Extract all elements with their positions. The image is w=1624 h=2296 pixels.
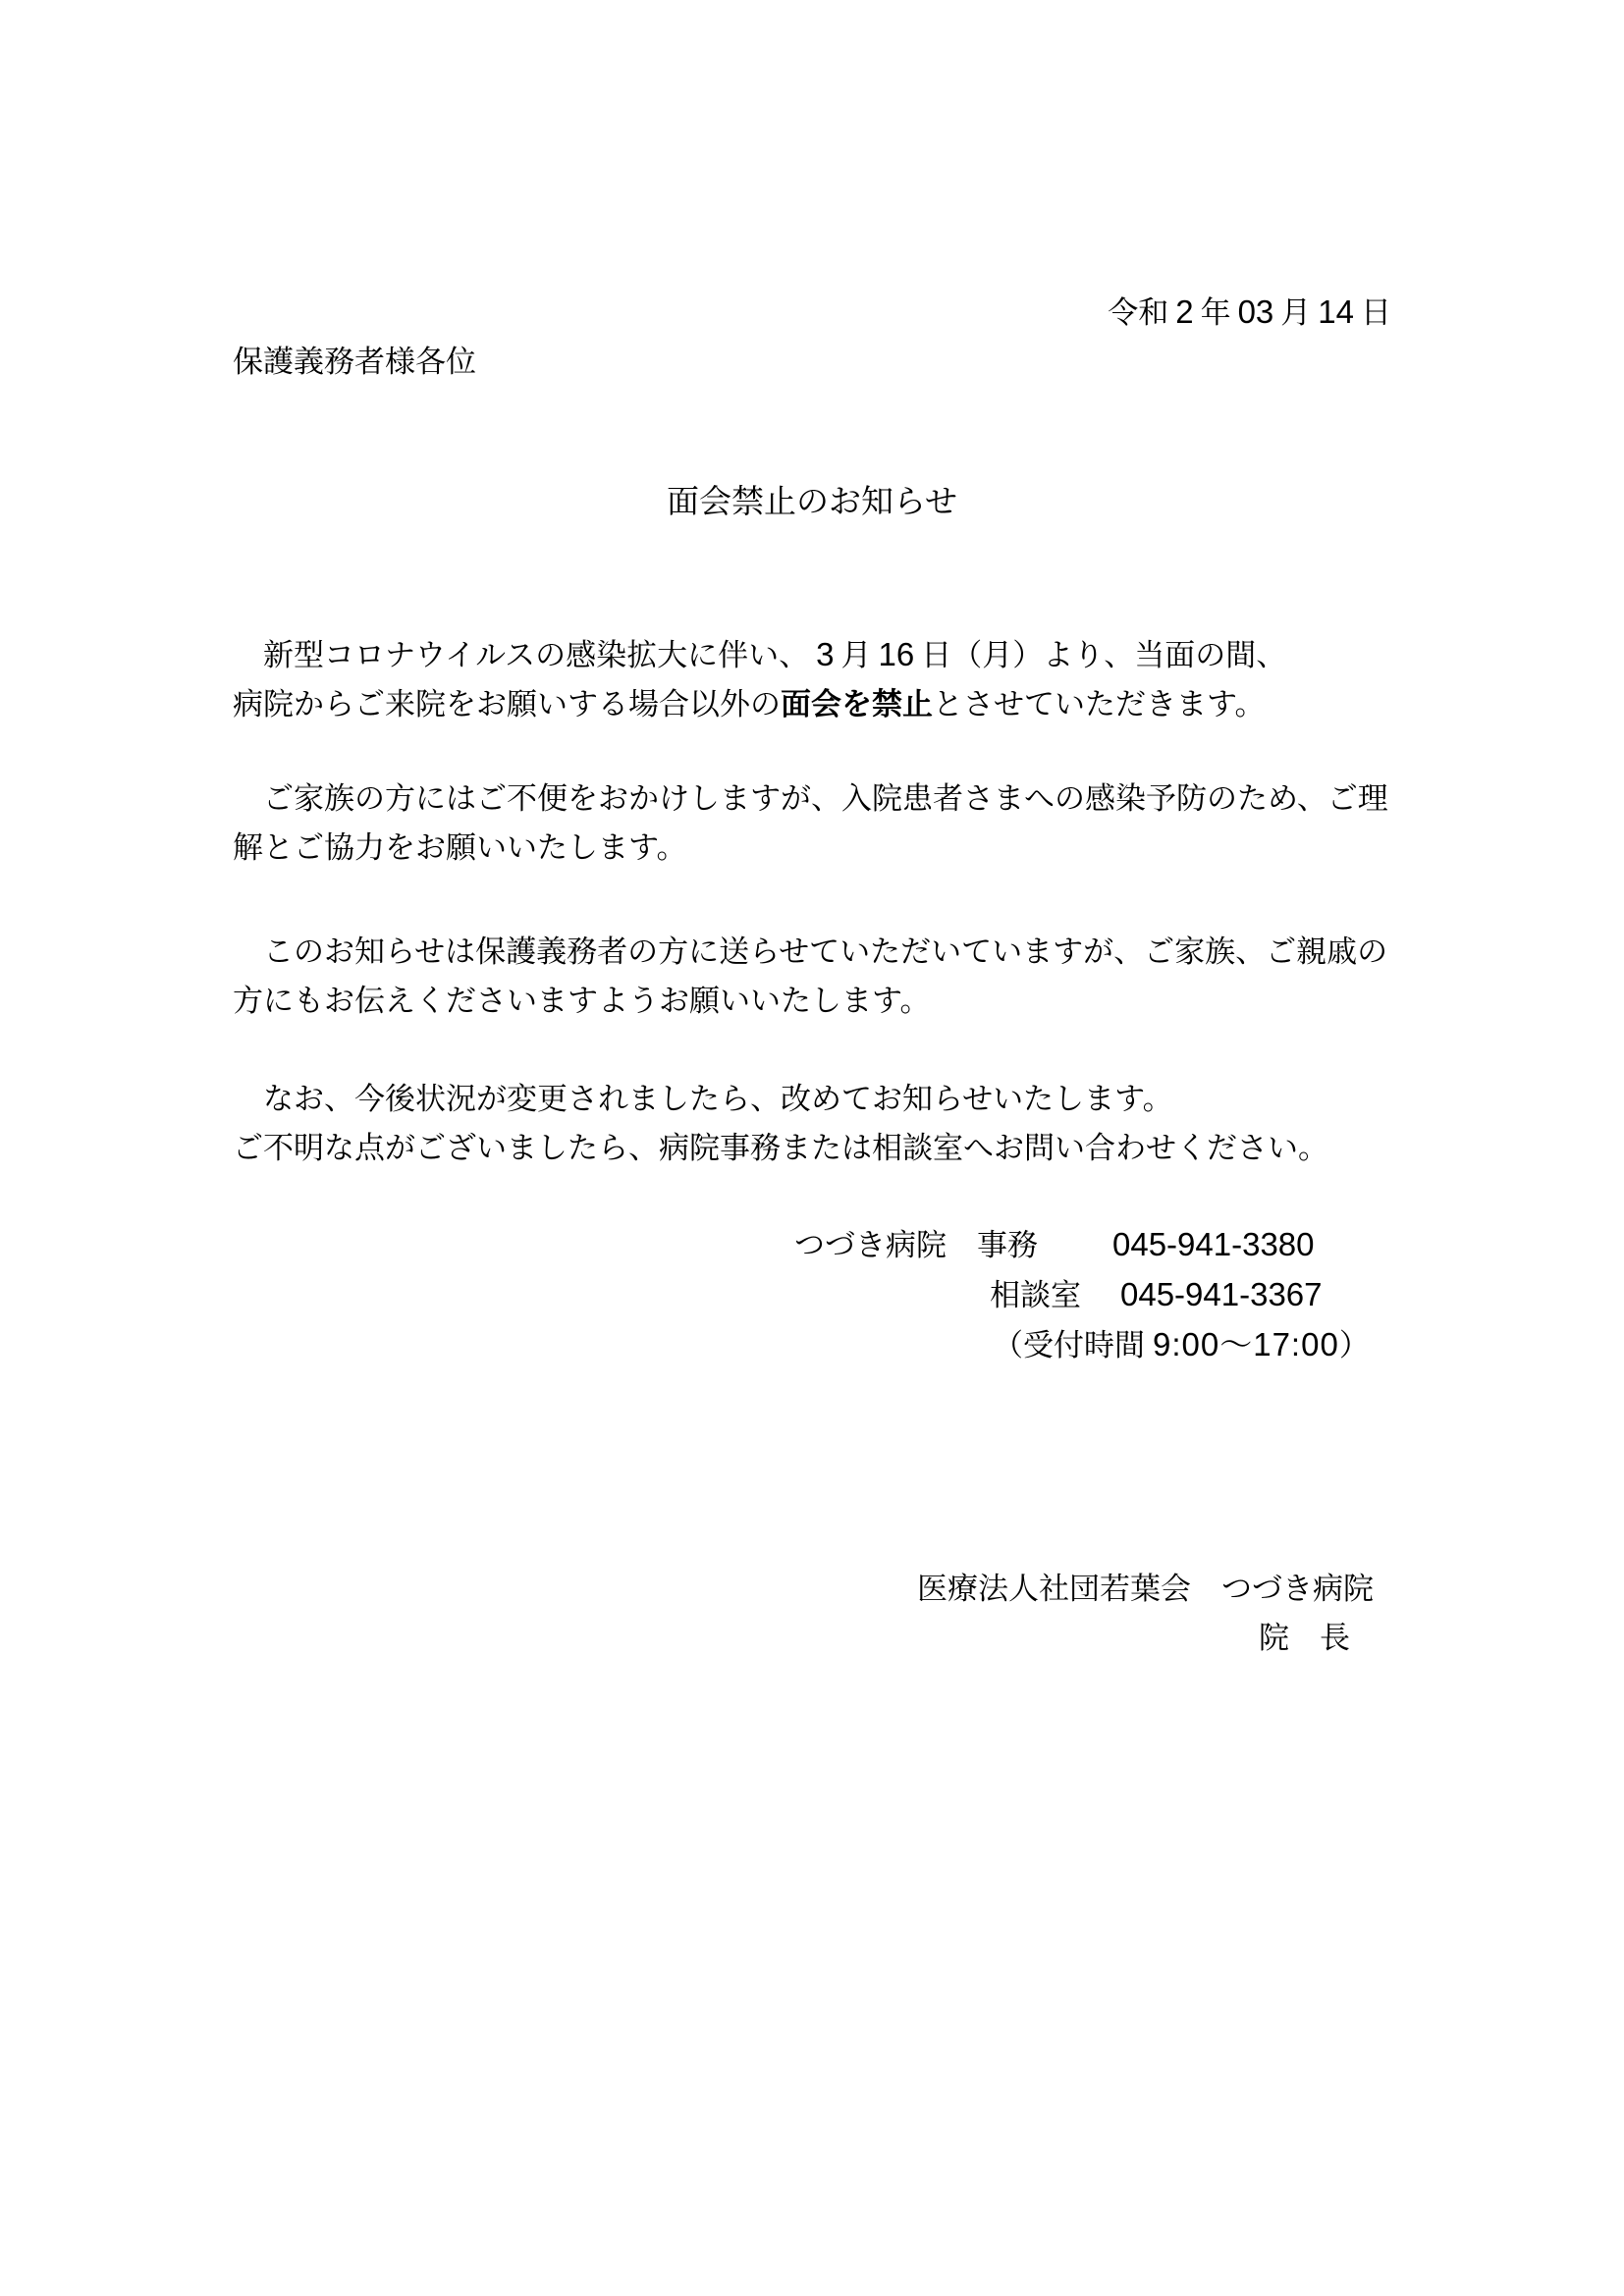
paragraph-line: 新型コロナウイルスの感染拡大に伴い、3月16日（月）より、当面の間、: [233, 630, 1391, 680]
p1-day-label: 日（月）より、当面の間、: [921, 638, 1286, 672]
date-year-number: 2: [1175, 294, 1193, 330]
paragraph-line: このお知らせは保護義務者の方に送らせていただいていますが、ご家族、ご親戚の: [233, 928, 1391, 977]
paragraph-line: 方にもお伝えくださいますようお願いいたします。: [233, 977, 1391, 1026]
paragraph-line: 病院からご来院をお願いする場合以外の面会を禁止とさせていただきます。: [233, 680, 1391, 729]
date-year-label: 年: [1201, 295, 1231, 330]
paragraph-line: ご不明な点がございましたら、病院事務または相談室へお問い合わせください。: [233, 1124, 1391, 1173]
p1-line2-text-a: 病院からご来院をお願いする場合以外の: [233, 687, 781, 721]
date-month-number: 03: [1238, 294, 1274, 330]
date-day-label: 日: [1361, 295, 1391, 330]
reception-hours-line: （受付時間9:00～17:00）: [993, 1320, 1391, 1370]
date-month-label: 月: [1280, 295, 1311, 330]
office-phone-number: 045-941-3380: [1112, 1226, 1315, 1262]
date-era: 令和: [1108, 295, 1168, 330]
consult-room-label: 相談室: [990, 1278, 1081, 1312]
reception-hours-suffix: ）: [1339, 1328, 1370, 1362]
paragraph-line: 解とご協力をお願いいたします。: [233, 824, 1391, 873]
reception-hours-prefix: （受付時間: [993, 1328, 1145, 1362]
date-day-number: 14: [1318, 294, 1354, 330]
letter-page: 令和2年03月14日 保護義務者様各位 面会禁止のお知らせ 新型コロナウイルスの…: [0, 0, 1624, 2296]
hospital-office-label: つづき病院 事務: [794, 1228, 1038, 1262]
signature-block: 医療法人社団若葉会 つづき病院 院 長: [233, 1565, 1391, 1663]
p1-line2-text-b: とさせていただきます。: [933, 687, 1266, 721]
visit-ban-bold-emphasis: 面会を禁止: [781, 687, 933, 721]
reception-hours-time: 9:00～17:00: [1153, 1326, 1339, 1362]
contact-consult-line: 相談室045-941-3367: [990, 1270, 1391, 1320]
addressee-line: 保護義務者様各位: [233, 338, 1391, 387]
p1-line1-text-a: 新型コロナウイルスの感染拡大に伴い、: [233, 638, 809, 672]
body-paragraph-announcement: 新型コロナウイルスの感染拡大に伴い、3月16日（月）より、当面の間、 病院からご…: [233, 630, 1391, 729]
body-paragraph-followup: なお、今後状況が変更されましたら、改めてお知らせいたします。 ご不明な点がござい…: [233, 1075, 1391, 1173]
contact-block: つづき病院 事務045-941-3380 相談室045-941-3367 （受付…: [233, 1220, 1391, 1370]
body-paragraph-relay-request: このお知らせは保護義務者の方に送らせていただいていますが、ご家族、ご親戚の 方に…: [233, 928, 1391, 1026]
p1-month-label: 月: [841, 638, 872, 672]
document-title: 面会禁止のお知らせ: [233, 478, 1391, 527]
signature-organization-line: 医療法人社団若葉会 つづき病院: [917, 1565, 1391, 1614]
p1-day-number: 16: [879, 636, 915, 672]
paragraph-line: ご家族の方にはご不便をおかけしますが、入院患者さまへの感染予防のため、ご理: [233, 774, 1391, 824]
body-paragraph-apology: ご家族の方にはご不便をおかけしますが、入院患者さまへの感染予防のため、ご理 解と…: [233, 774, 1391, 873]
date-line: 令和2年03月14日: [233, 288, 1391, 338]
contact-office-line: つづき病院 事務045-941-3380: [794, 1220, 1391, 1270]
consult-phone-number: 045-941-3367: [1120, 1276, 1323, 1312]
p1-month-number: 3: [816, 636, 834, 672]
signature-director-line: 院 長: [1259, 1614, 1391, 1663]
paragraph-line: なお、今後状況が変更されましたら、改めてお知らせいたします。: [233, 1075, 1391, 1124]
